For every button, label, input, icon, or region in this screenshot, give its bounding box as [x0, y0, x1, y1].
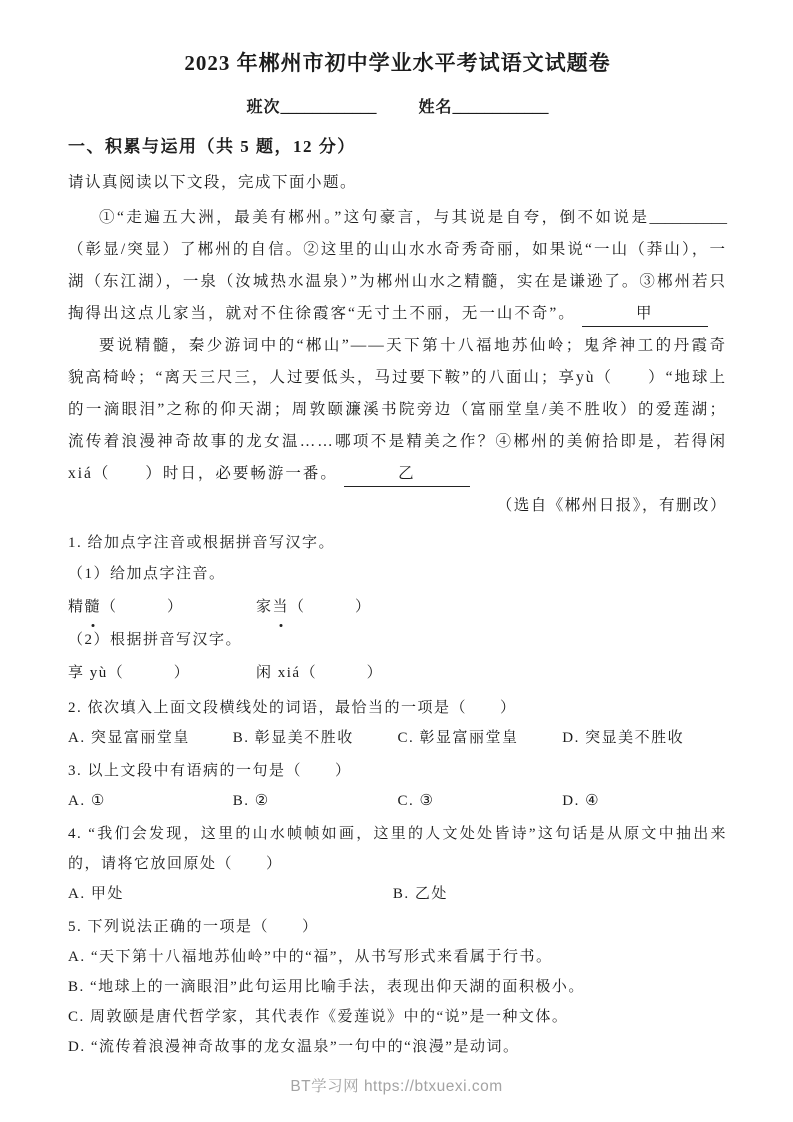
name-label: 姓名 [419, 99, 453, 116]
answer-bracket: （ ） [108, 665, 191, 681]
question-4: 4. “我们会发现，这里的山水帧帧如画，这里的人文处处皆诗”这句话是从原文中抽出… [68, 819, 727, 909]
content-area: 2023 年郴州市初中学业水平考试语文试题卷 班次____________姓名_… [0, 0, 793, 1062]
dotted-character: 髓 [85, 591, 102, 624]
pinyin-word-pre: 精 [68, 599, 85, 615]
option-a: A. ① [68, 786, 233, 816]
question-2-stem: 2. 依次填入上面文段横线处的词语，最恰当的一项是（ ） [68, 693, 727, 723]
pinyin-item-xiangyu: 享 yù（ ） [68, 657, 256, 690]
option-b: B. “地球上的一滴眼泪”此句运用比喻手法，表现出仰天湖的面积极小。 [68, 972, 727, 1002]
passage-paragraph-2: 要说精髓，秦少游词中的“郴山”——天下第十八福地苏仙岭；鬼斧神工的丹霞奇貌高椅岭… [68, 330, 727, 490]
section-heading: 一、积累与运用（共 5 题，12 分） [68, 134, 727, 160]
pinyin-word-pre: 家 [256, 599, 273, 615]
option-a: A. 甲处 [68, 879, 393, 909]
question-1-pinyin-row-1: 精髓（ ）家当（ ） [68, 591, 727, 624]
option-b: B. ② [233, 786, 398, 816]
question-4-options: A. 甲处B. 乙处 [68, 879, 727, 909]
option-d: D. ④ [562, 786, 727, 816]
question-5: 5. 下列说法正确的一项是（ ） A. “天下第十八福地苏仙岭”中的“福”，从书… [68, 912, 727, 1062]
question-1-stem: 1. 给加点字注音或根据拼音写汉字。 [68, 528, 727, 558]
option-d: D. 突显美不胜收 [562, 723, 727, 753]
class-blank-line: ____________ [281, 99, 377, 116]
yi-anchor-blank: 乙 [344, 462, 470, 487]
question-4-stem: 4. “我们会发现，这里的山水帧帧如画，这里的人文处处皆诗”这句话是从原文中抽出… [68, 819, 727, 879]
question-2: 2. 依次填入上面文段横线处的词语，最恰当的一项是（ ） A. 突显富丽堂皇B.… [68, 693, 727, 753]
passage-paragraph-1: ①“走遍五大洲，最美有郴州。”这句豪言，与其说是自夸，倒不如说是________… [68, 202, 727, 330]
question-1-sub-1: （1）给加点字注音。 [68, 558, 727, 591]
student-info-line: 班次____________姓名____________ [68, 96, 727, 120]
source-attribution: （选自《郴州日报》，有删改） [68, 490, 727, 522]
option-d: D. “流传着浪漫神奇故事的龙女温泉”一句中的“浪漫”是动词。 [68, 1032, 727, 1062]
question-3-options: A. ①B. ②C. ③D. ④ [68, 786, 727, 816]
pinyin-item-xianxia: 闲 xiá（ ） [256, 657, 444, 690]
option-b: B. 彰显美不胜收 [233, 723, 398, 753]
site-watermark: BT学习网 https://btxuexi.com [0, 1074, 793, 1096]
question-2-options: A. 突显富丽堂皇B. 彰显美不胜收C. 彰显富丽堂皇D. 突显美不胜收 [68, 723, 727, 753]
passage-intro: 请认真阅读以下文段，完成下面小题。 [68, 168, 727, 198]
answer-bracket: （ ） [289, 599, 372, 615]
exam-paper-page: 2023 年郴州市初中学业水平考试语文试题卷 班次____________姓名_… [0, 0, 793, 1122]
class-label: 班次 [246, 99, 280, 116]
pinyin-word: 享 yù [68, 665, 108, 681]
question-3-stem: 3. 以上文段中有语病的一句是（ ） [68, 756, 727, 786]
option-c: C. 周敦颐是唐代哲学家，其代表作《爱莲说》中的“说”是一种文体。 [68, 1002, 727, 1032]
pinyin-item-jingsui: 精髓（ ） [68, 591, 256, 624]
jia-anchor-blank: 甲 [582, 302, 708, 327]
question-1: 1. 给加点字注音或根据拼音写汉字。 （1）给加点字注音。 精髓（ ）家当（ ）… [68, 528, 727, 690]
paragraph-2-text: 要说精髓，秦少游词中的“郴山”——天下第十八福地苏仙岭；鬼斧神工的丹霞奇貌高椅岭… [68, 337, 727, 482]
word-choice-blank: __________ [650, 209, 728, 226]
exam-title: 2023 年郴州市初中学业水平考试语文试题卷 [68, 48, 727, 78]
pinyin-item-jiadang: 家当（ ） [256, 591, 444, 624]
question-5-stem: 5. 下列说法正确的一项是（ ） [68, 912, 727, 942]
answer-bracket: （ ） [301, 665, 384, 681]
question-1-sub-2: （2）根据拼音写汉字。 [68, 624, 727, 657]
name-blank-line: ____________ [453, 99, 549, 116]
option-c: C. ③ [398, 786, 563, 816]
pinyin-word: 闲 xiá [256, 665, 301, 681]
dotted-character: 当 [273, 591, 290, 624]
option-a: A. 突显富丽堂皇 [68, 723, 233, 753]
paragraph-1-text-pre: ①“走遍五大洲，最美有郴州。”这句豪言，与其说是自夸，倒不如说是 [99, 209, 650, 226]
answer-bracket: （ ） [101, 599, 184, 615]
option-a: A. “天下第十八福地苏仙岭”中的“福”，从书写形式来看属于行书。 [68, 942, 727, 972]
option-c: C. 彰显富丽堂皇 [398, 723, 563, 753]
option-b: B. 乙处 [393, 879, 718, 909]
question-1-pinyin-row-2: 享 yù（ ）闲 xiá（ ） [68, 657, 727, 690]
question-3: 3. 以上文段中有语病的一句是（ ） A. ①B. ②C. ③D. ④ [68, 756, 727, 816]
